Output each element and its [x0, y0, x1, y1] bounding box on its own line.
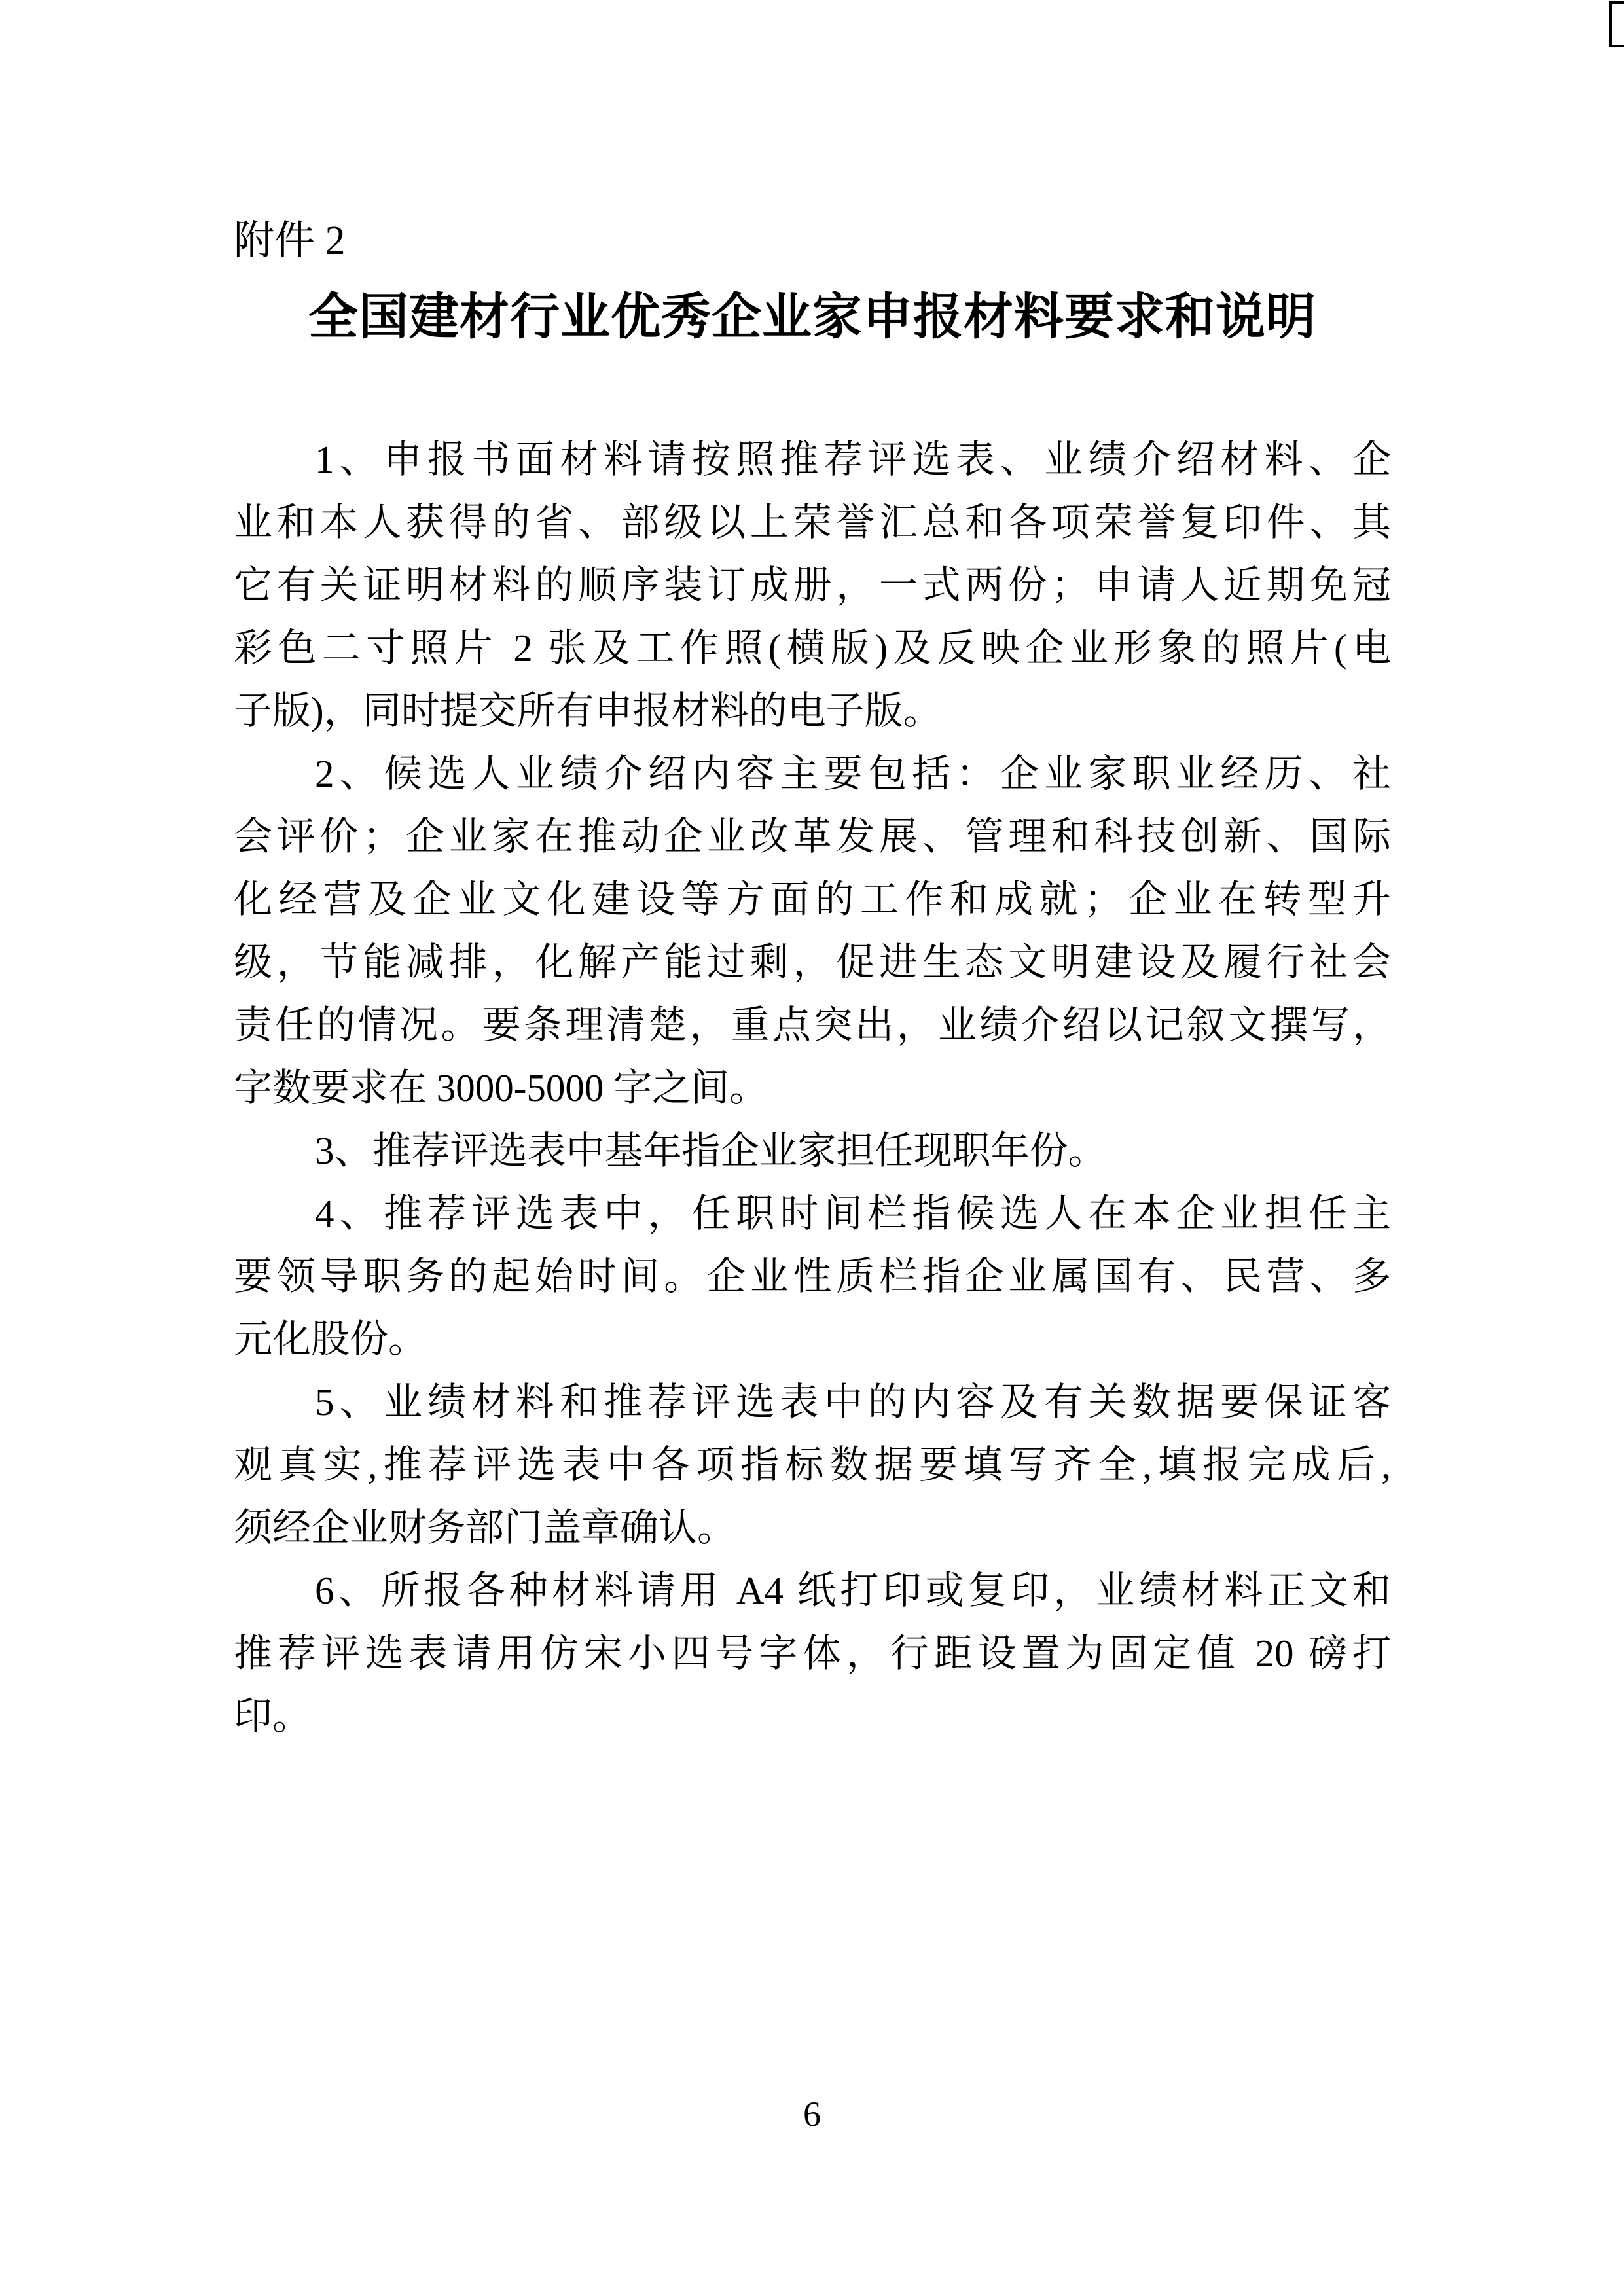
text-line: 元化股份。 — [234, 1308, 1391, 1371]
text-line: 须经企业财务部门盖章确认。 — [234, 1496, 1391, 1559]
text-line: 它有关证明材料的顺序装订成册，一式两份；申请人近期免冠 — [234, 554, 1391, 617]
text-line: 级，节能减排，化解产能过剩，促进生态文明建设及履行社会 — [234, 931, 1391, 994]
document-title: 全国建材行业优秀企业家申报材料要求和说明 — [234, 291, 1391, 344]
document-page: 附件 2 全国建材行业优秀企业家申报材料要求和说明 1、申报书面材料请按照推荐评… — [0, 0, 1624, 2296]
text-line: 子版)，同时提交所有申报材料的电子版。 — [234, 679, 1391, 742]
text-line: 1、申报书面材料请按照推荐评选表、业绩介绍材料、企 — [234, 428, 1391, 491]
text-line: 业和本人获得的省、部级以上荣誉汇总和各项荣誉复印件、其 — [234, 491, 1391, 554]
text-line: 6、所报各种材料请用 A4 纸打印或复印，业绩材料正文和 — [234, 1559, 1391, 1622]
top-right-box-artifact — [1609, 1, 1624, 47]
text-line: 会评价；企业家在推动企业改革发展、管理和科技创新、国际 — [234, 805, 1391, 868]
text-line: 化经营及企业文化建设等方面的工作和成就；企业在转型升 — [234, 868, 1391, 931]
text-line: 2、候选人业绩介绍内容主要包括：企业家职业经历、社 — [234, 742, 1391, 805]
text-line: 要领导职务的起始时间。企业性质栏指企业属国有、民营、多 — [234, 1245, 1391, 1308]
text-line: 推荐评选表请用仿宋小四号字体，行距设置为固定值 20 磅打 — [234, 1622, 1391, 1685]
text-line: 字数要求在 3000-5000 字之间。 — [234, 1056, 1391, 1119]
text-line: 印。 — [234, 1685, 1391, 1748]
attachment-label: 附件 2 — [234, 216, 346, 266]
text-line: 观真实,推荐评选表中各项指标数据要填写齐全,填报完成后, — [234, 1433, 1391, 1496]
page-number: 6 — [0, 2096, 1624, 2132]
text-line: 4、推荐评选表中，任职时间栏指候选人在本企业担任主 — [234, 1182, 1391, 1245]
text-line: 3、推荐评选表中基年指企业家担任现职年份。 — [234, 1119, 1391, 1182]
text-line: 彩色二寸照片 2 张及工作照(横版)及反映企业形象的照片(电 — [234, 617, 1391, 679]
text-line: 5、业绩材料和推荐评选表中的内容及有关数据要保证客 — [234, 1371, 1391, 1433]
document-body: 1、申报书面材料请按照推荐评选表、业绩介绍材料、企业和本人获得的省、部级以上荣誉… — [234, 428, 1391, 1748]
text-line: 责任的情况。要条理清楚，重点突出，业绩介绍以记叙文撰写， — [234, 994, 1391, 1056]
